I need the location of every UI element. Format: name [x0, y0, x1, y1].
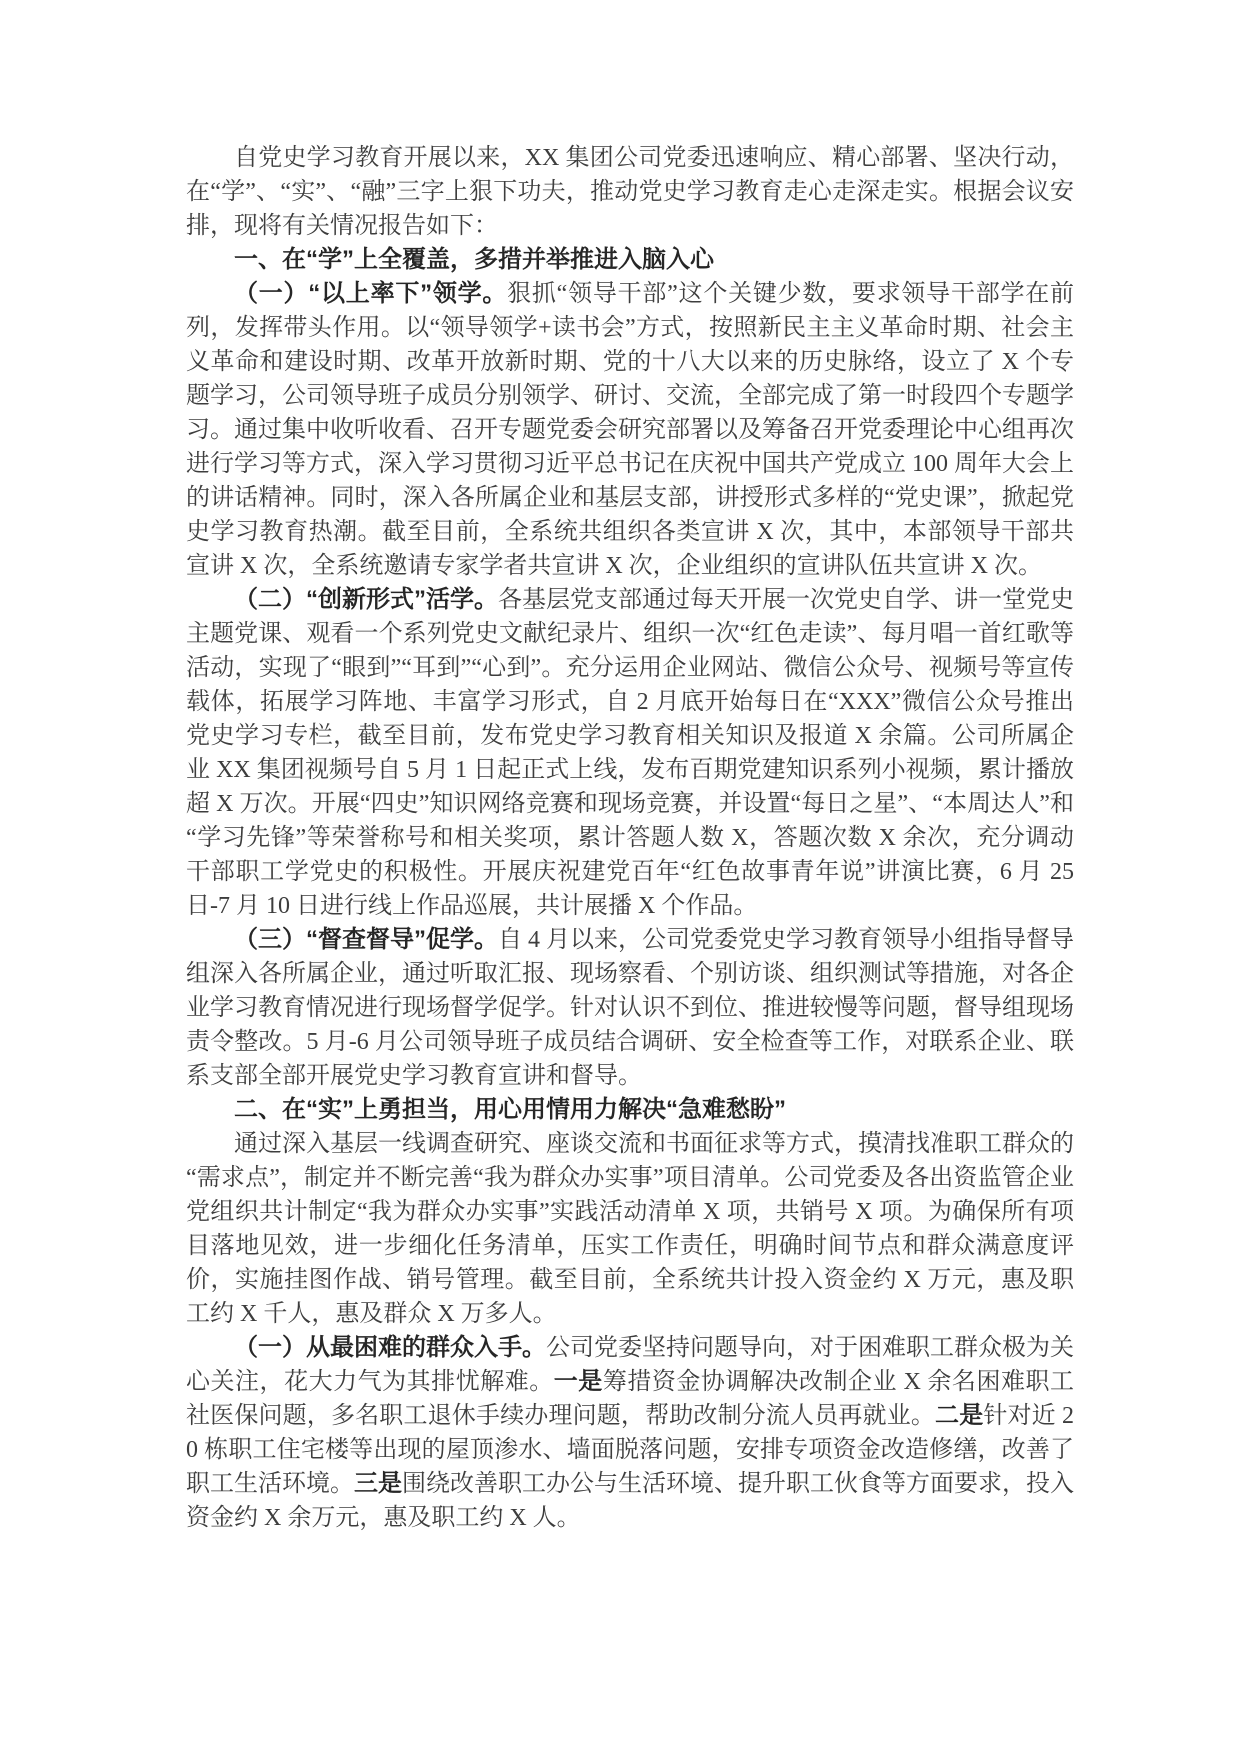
section-heading: 二、在“实”上勇担当，用心用情用力解决“急难愁盼” — [186, 1093, 1074, 1127]
paragraph: （一）“以上率下”领学。狠抓“领导干部”这个关键少数，要求领导干部学在前列，发挥… — [186, 277, 1074, 583]
paragraph: （一）从最困难的群众入手。公司党委坚持问题导向，对于困难职工群众极为关心关注，花… — [186, 1331, 1074, 1535]
paragraph: 自党史学习教育开展以来，XX 集团公司党委迅速响应、精心部署、坚决行动，在“学”… — [186, 141, 1074, 243]
bold-run: （一）“以上率下”领学。 — [234, 280, 507, 307]
paragraph: （二）“创新形式”活学。各基层党支部通过每天开展一次党史自学、讲一堂党史主题党课… — [186, 583, 1074, 923]
bold-run: 二、在“实”上勇担当，用心用情用力解决“急难愁盼” — [234, 1096, 786, 1123]
bold-run: （一）从最困难的群众入手。 — [234, 1334, 546, 1361]
text-run: 通过深入基层一线调查研究、座谈交流和书面征求等方式，摸清找准职工群众的“需求点”… — [186, 1131, 1074, 1327]
text-run: 狠抓“领导干部”这个关键少数，要求领导干部学在前列，发挥带头作用。以“领导领学+… — [186, 281, 1074, 579]
text-run: 各基层党支部通过每天开展一次党史自学、讲一堂党史主题党课、观看一个系列党史文献纪… — [186, 587, 1074, 919]
bold-run: 一是 — [554, 1368, 603, 1395]
paragraph: 通过深入基层一线调查研究、座谈交流和书面征求等方式，摸清找准职工群众的“需求点”… — [186, 1127, 1074, 1331]
paragraph: （三）“督查督导”促学。自 4 月以来，公司党委党史学习教育领导小组指导督导组深… — [186, 923, 1074, 1093]
document-page: 自党史学习教育开展以来，XX 集团公司党委迅速响应、精心部署、坚决行动，在“学”… — [0, 0, 1240, 1754]
bold-run: 一、在“学”上全覆盖，多措并举推进入脑入心 — [234, 246, 714, 273]
section-heading: 一、在“学”上全覆盖，多措并举推进入脑入心 — [186, 243, 1074, 277]
bold-run: （三）“督查督导”促学。 — [234, 926, 498, 953]
bold-run: 三是 — [354, 1470, 402, 1497]
text-run: 自党史学习教育开展以来，XX 集团公司党委迅速响应、精心部署、坚决行动，在“学”… — [186, 145, 1074, 239]
bold-run: （二）“创新形式”活学。 — [234, 586, 498, 613]
document-body: 自党史学习教育开展以来，XX 集团公司党委迅速响应、精心部署、坚决行动，在“学”… — [186, 141, 1074, 1535]
bold-run: 二是 — [935, 1402, 983, 1429]
